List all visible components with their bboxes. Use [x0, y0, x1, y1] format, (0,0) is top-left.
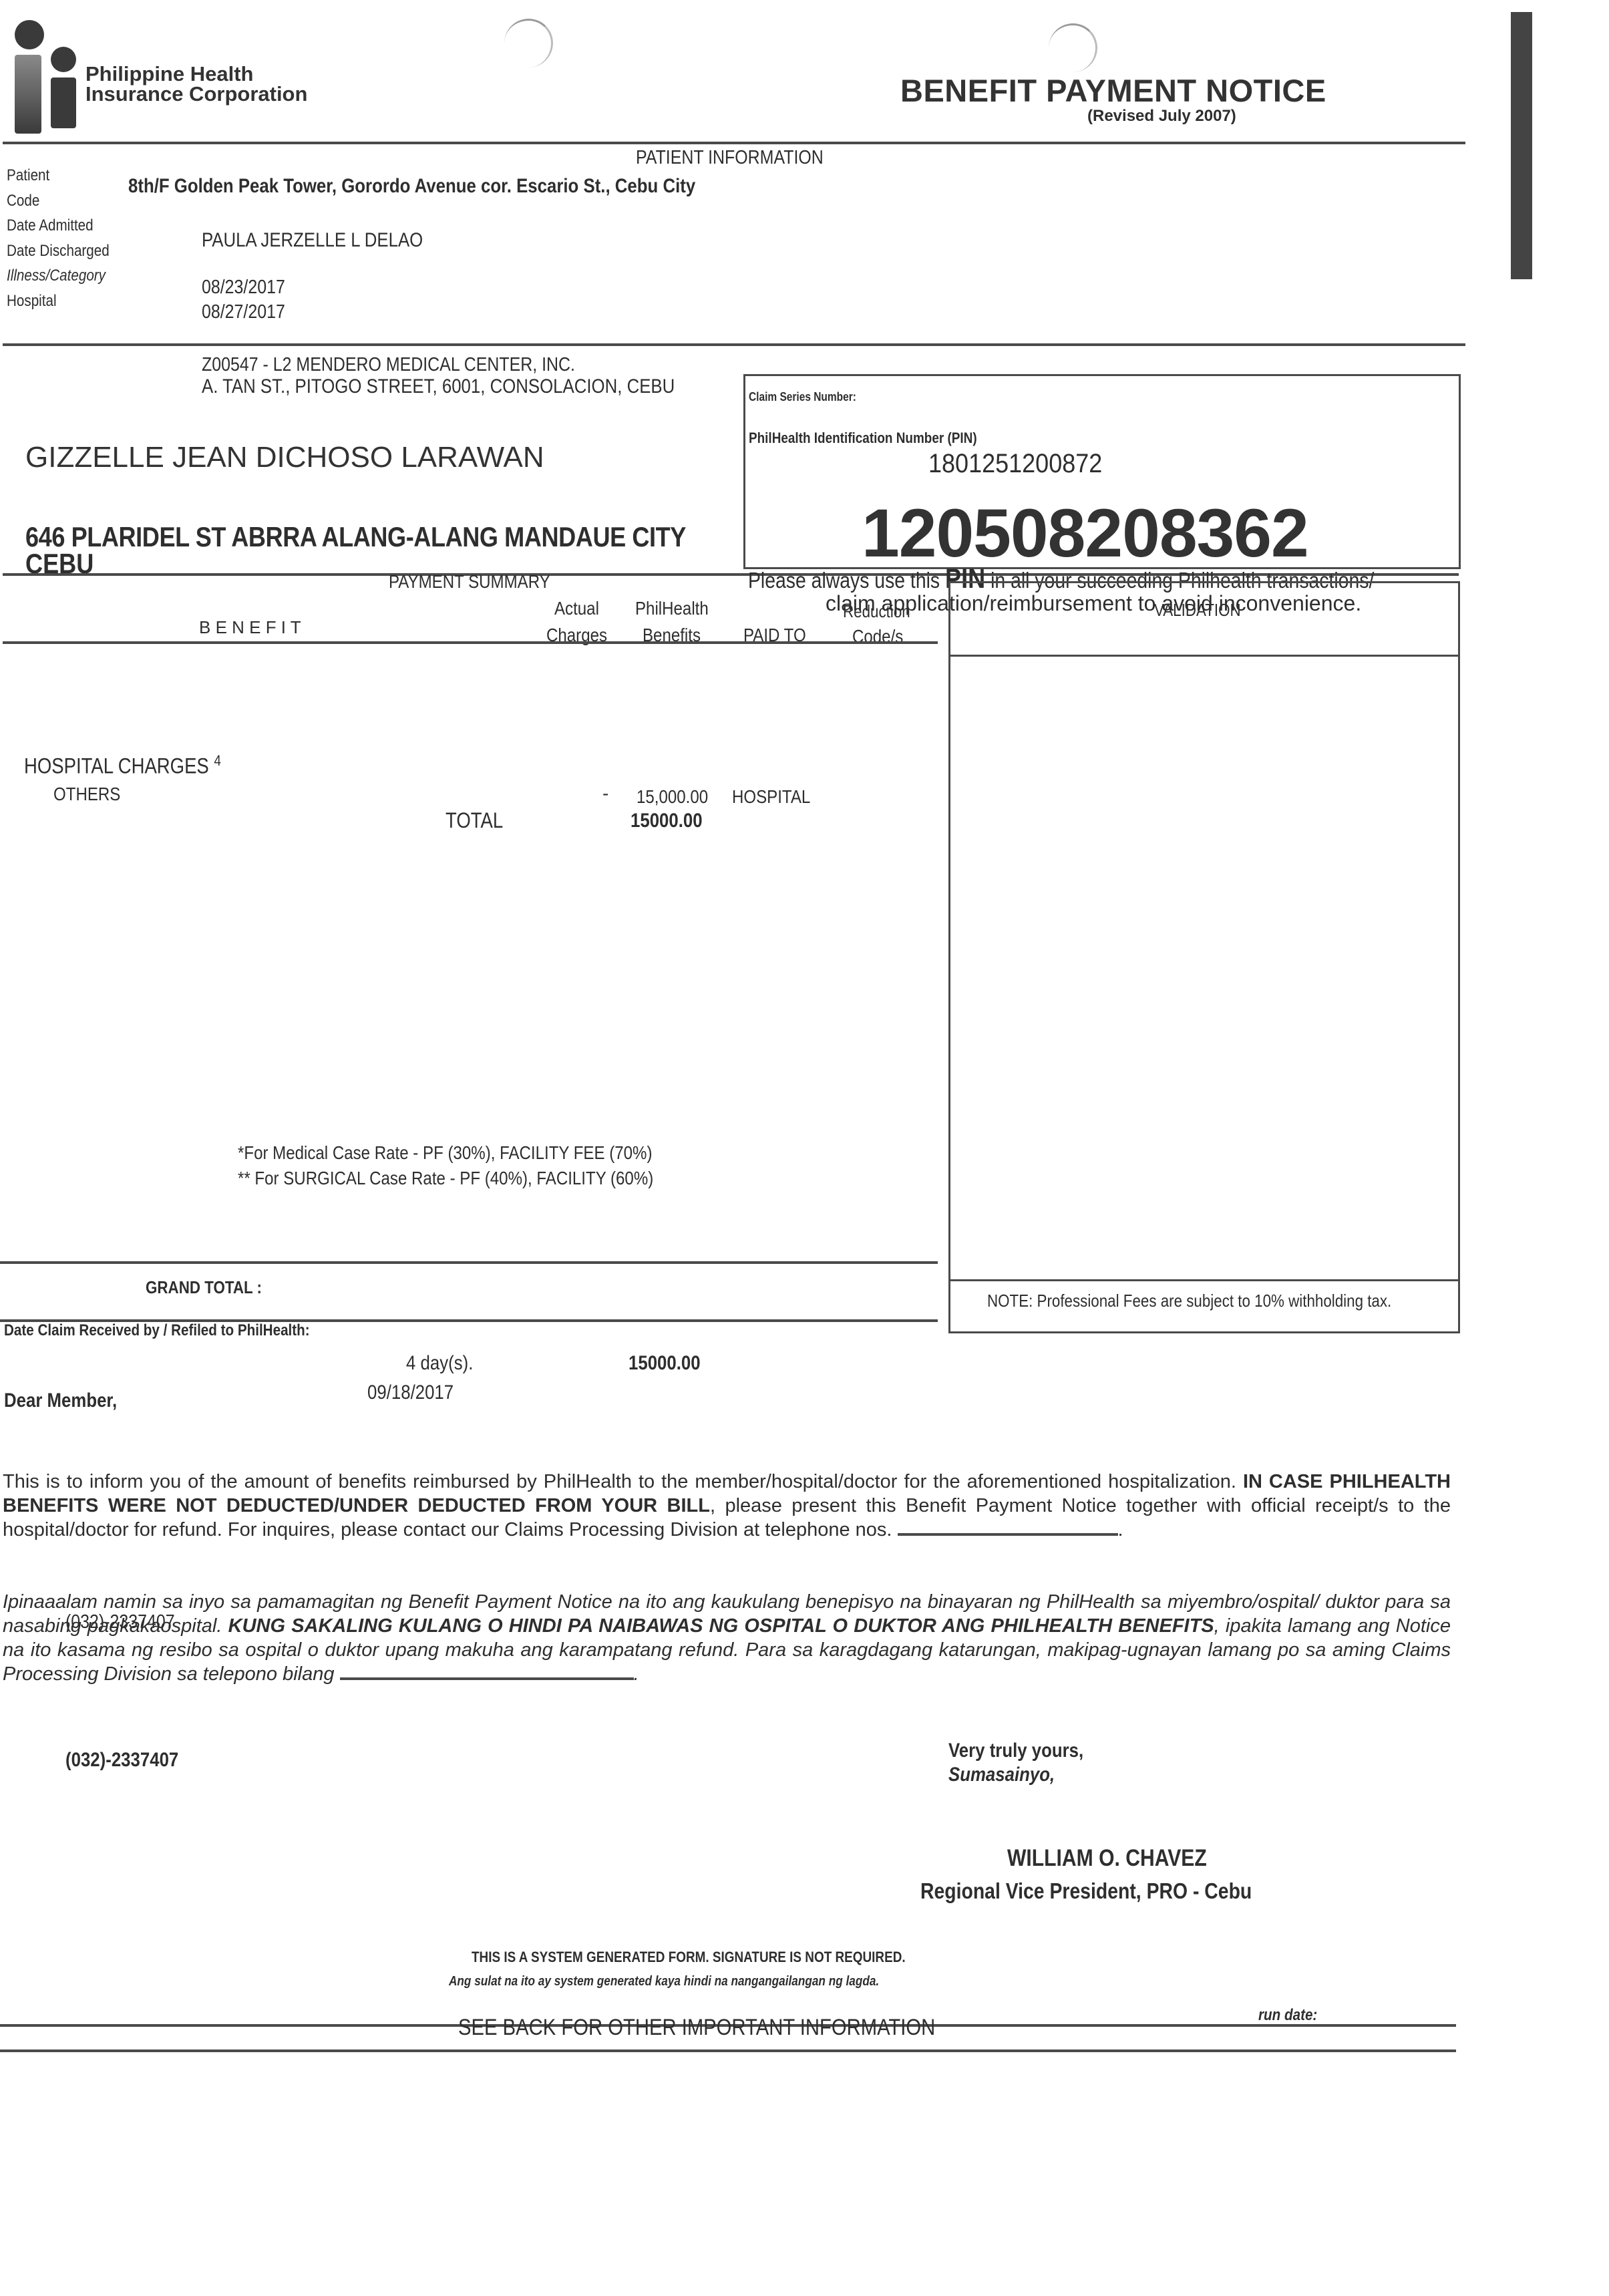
col-philhealth-benefits-1: PhilHealth	[635, 598, 709, 619]
total-label: TOTAL	[445, 808, 503, 833]
salutation: Dear Member,	[4, 1389, 117, 1412]
footnote-medical: *For Medical Case Rate - PF (30%), FACIL…	[238, 1142, 652, 1164]
hospital-name: Z00547 - L2 MENDERO MEDICAL CENTER, INC.	[202, 354, 575, 376]
divider	[3, 142, 1465, 144]
punch-hole-mark	[504, 19, 553, 67]
system-generated-note: THIS IS A SYSTEM GENERATED FORM. SIGNATU…	[472, 1949, 906, 1966]
punch-hole-mark	[1049, 23, 1097, 72]
phone-fill-line	[340, 1677, 634, 1680]
label-hospital: Hospital	[7, 289, 110, 314]
label-illness-category: Illness/Category	[7, 263, 110, 289]
see-back-notice: SEE BACK FOR OTHER IMPORTANT INFORMATION	[458, 2015, 935, 2041]
claim-received-date: 09/18/2017	[367, 1381, 454, 1404]
org-name-line2: Insurance Corporation	[85, 84, 307, 104]
pin-number: 120508208362	[862, 494, 1308, 572]
claim-amount: 15000.00	[629, 1352, 701, 1375]
divider	[0, 2049, 1456, 2052]
withholding-tax-note: NOTE: Professional Fees are subject to 1…	[987, 1291, 1391, 1311]
letter-text: This is to inform you of the amount of b…	[3, 1471, 1243, 1492]
phone-overprint: (032)-2337407	[65, 1611, 175, 1633]
pin-label: PhilHealth Identification Number (PIN)	[749, 430, 977, 447]
org-name: Philippine Health Insurance Corporation	[85, 64, 307, 104]
date-discharged: 08/27/2017	[202, 301, 285, 323]
letter-english-paragraph: This is to inform you of the amount of b…	[3, 1470, 1451, 1542]
length-of-stay: 4 day(s).	[406, 1352, 473, 1375]
phone-number: (032)-2337407	[65, 1749, 178, 1772]
letter-emphasis: KUNG SAKALING KULANG O HINDI PA NAIBAWAS…	[228, 1615, 1214, 1637]
benefit-superscript: 4	[214, 752, 221, 769]
divider	[948, 1279, 1460, 1281]
patient-info-label: PATIENT INFORMATION	[636, 147, 824, 169]
signatory-name: WILLIAM O. CHAVEZ	[1007, 1845, 1207, 1872]
date-admitted: 08/23/2017	[202, 277, 285, 299]
divider	[948, 655, 1460, 657]
closing-english: Very truly yours,	[948, 1740, 1083, 1762]
benefit-paid-to: HOSPITAL	[732, 786, 810, 808]
label-date-discharged: Date Discharged	[7, 238, 110, 264]
scan-edge-bar	[1511, 12, 1532, 279]
claim-series-number: 1801251200872	[928, 449, 1102, 479]
footnote-surgical: ** For SURGICAL Case Rate - PF (40%), FA…	[238, 1168, 653, 1189]
closing-tagalog: Sumasainyo,	[948, 1764, 1055, 1786]
divider	[0, 1261, 938, 1264]
page-title: BENEFIT PAYMENT NOTICE	[900, 72, 1326, 109]
revision-note: (Revised July 2007)	[1087, 107, 1236, 126]
col-validation: VALIDATION	[1154, 600, 1241, 621]
phone-fill-line	[898, 1533, 1118, 1536]
claim-received-label: Date Claim Received by / Refiled to Phil…	[4, 1321, 310, 1340]
benefit-name: HOSPITAL CHARGES	[24, 754, 209, 778]
total-value: 15000.00	[631, 810, 703, 832]
patient-name: PAULA JERZELLE L DELAO	[202, 229, 423, 252]
run-date-label: run date:	[1258, 2006, 1317, 2025]
col-benefit: B E N E F I T	[199, 617, 301, 638]
validation-box	[948, 581, 1460, 1333]
claim-series-label: Claim Series Number:	[749, 390, 856, 404]
benefit-row: HOSPITAL CHARGES 4	[24, 752, 221, 779]
member-address-line1: 646 PLARIDEL ST ABRRA ALANG-ALANG MANDAU…	[25, 521, 686, 553]
hospital-address: A. TAN ST., PITOGO STREET, 6001, CONSOLA…	[202, 375, 675, 398]
col-reduction-codes-1: Reduction	[843, 601, 910, 622]
benefit-subrow-name: OTHERS	[53, 784, 120, 805]
benefit-actual-charges: -	[602, 783, 608, 804]
col-actual-charges-1: Actual	[554, 598, 599, 619]
col-reduction-codes-2: Code/s	[852, 626, 903, 647]
signatory-title: Regional Vice President, PRO - Cebu	[920, 1878, 1252, 1904]
label-patient: Patient	[7, 163, 110, 188]
grand-total-label: GRAND TOTAL :	[146, 1277, 262, 1298]
org-name-line1: Philippine Health	[85, 64, 307, 84]
label-code: Code	[7, 188, 110, 214]
label-date-admitted: Date Admitted	[7, 213, 110, 238]
philhealth-logo-icon	[12, 20, 79, 134]
divider	[3, 641, 938, 644]
patient-info-labels: Patient Code Date Admitted Date Discharg…	[7, 163, 126, 313]
benefit-philhealth-amount: 15,000.00	[637, 786, 708, 808]
system-generated-note-tagalog: Ang sulat na ito ay system generated kay…	[449, 1974, 879, 1989]
divider	[3, 343, 1465, 346]
member-name: GIZZELLE JEAN DICHOSO LARAWAN	[25, 441, 544, 474]
letter-tagalog-paragraph: Ipinaaalam namin sa inyo sa pamamagitan …	[3, 1590, 1451, 1686]
pin-notice-text: Please always use this	[748, 568, 945, 593]
payment-summary-label: PAYMENT SUMMARY	[389, 571, 550, 593]
office-address: 8th/F Golden Peak Tower, Gorordo Avenue …	[128, 175, 695, 198]
